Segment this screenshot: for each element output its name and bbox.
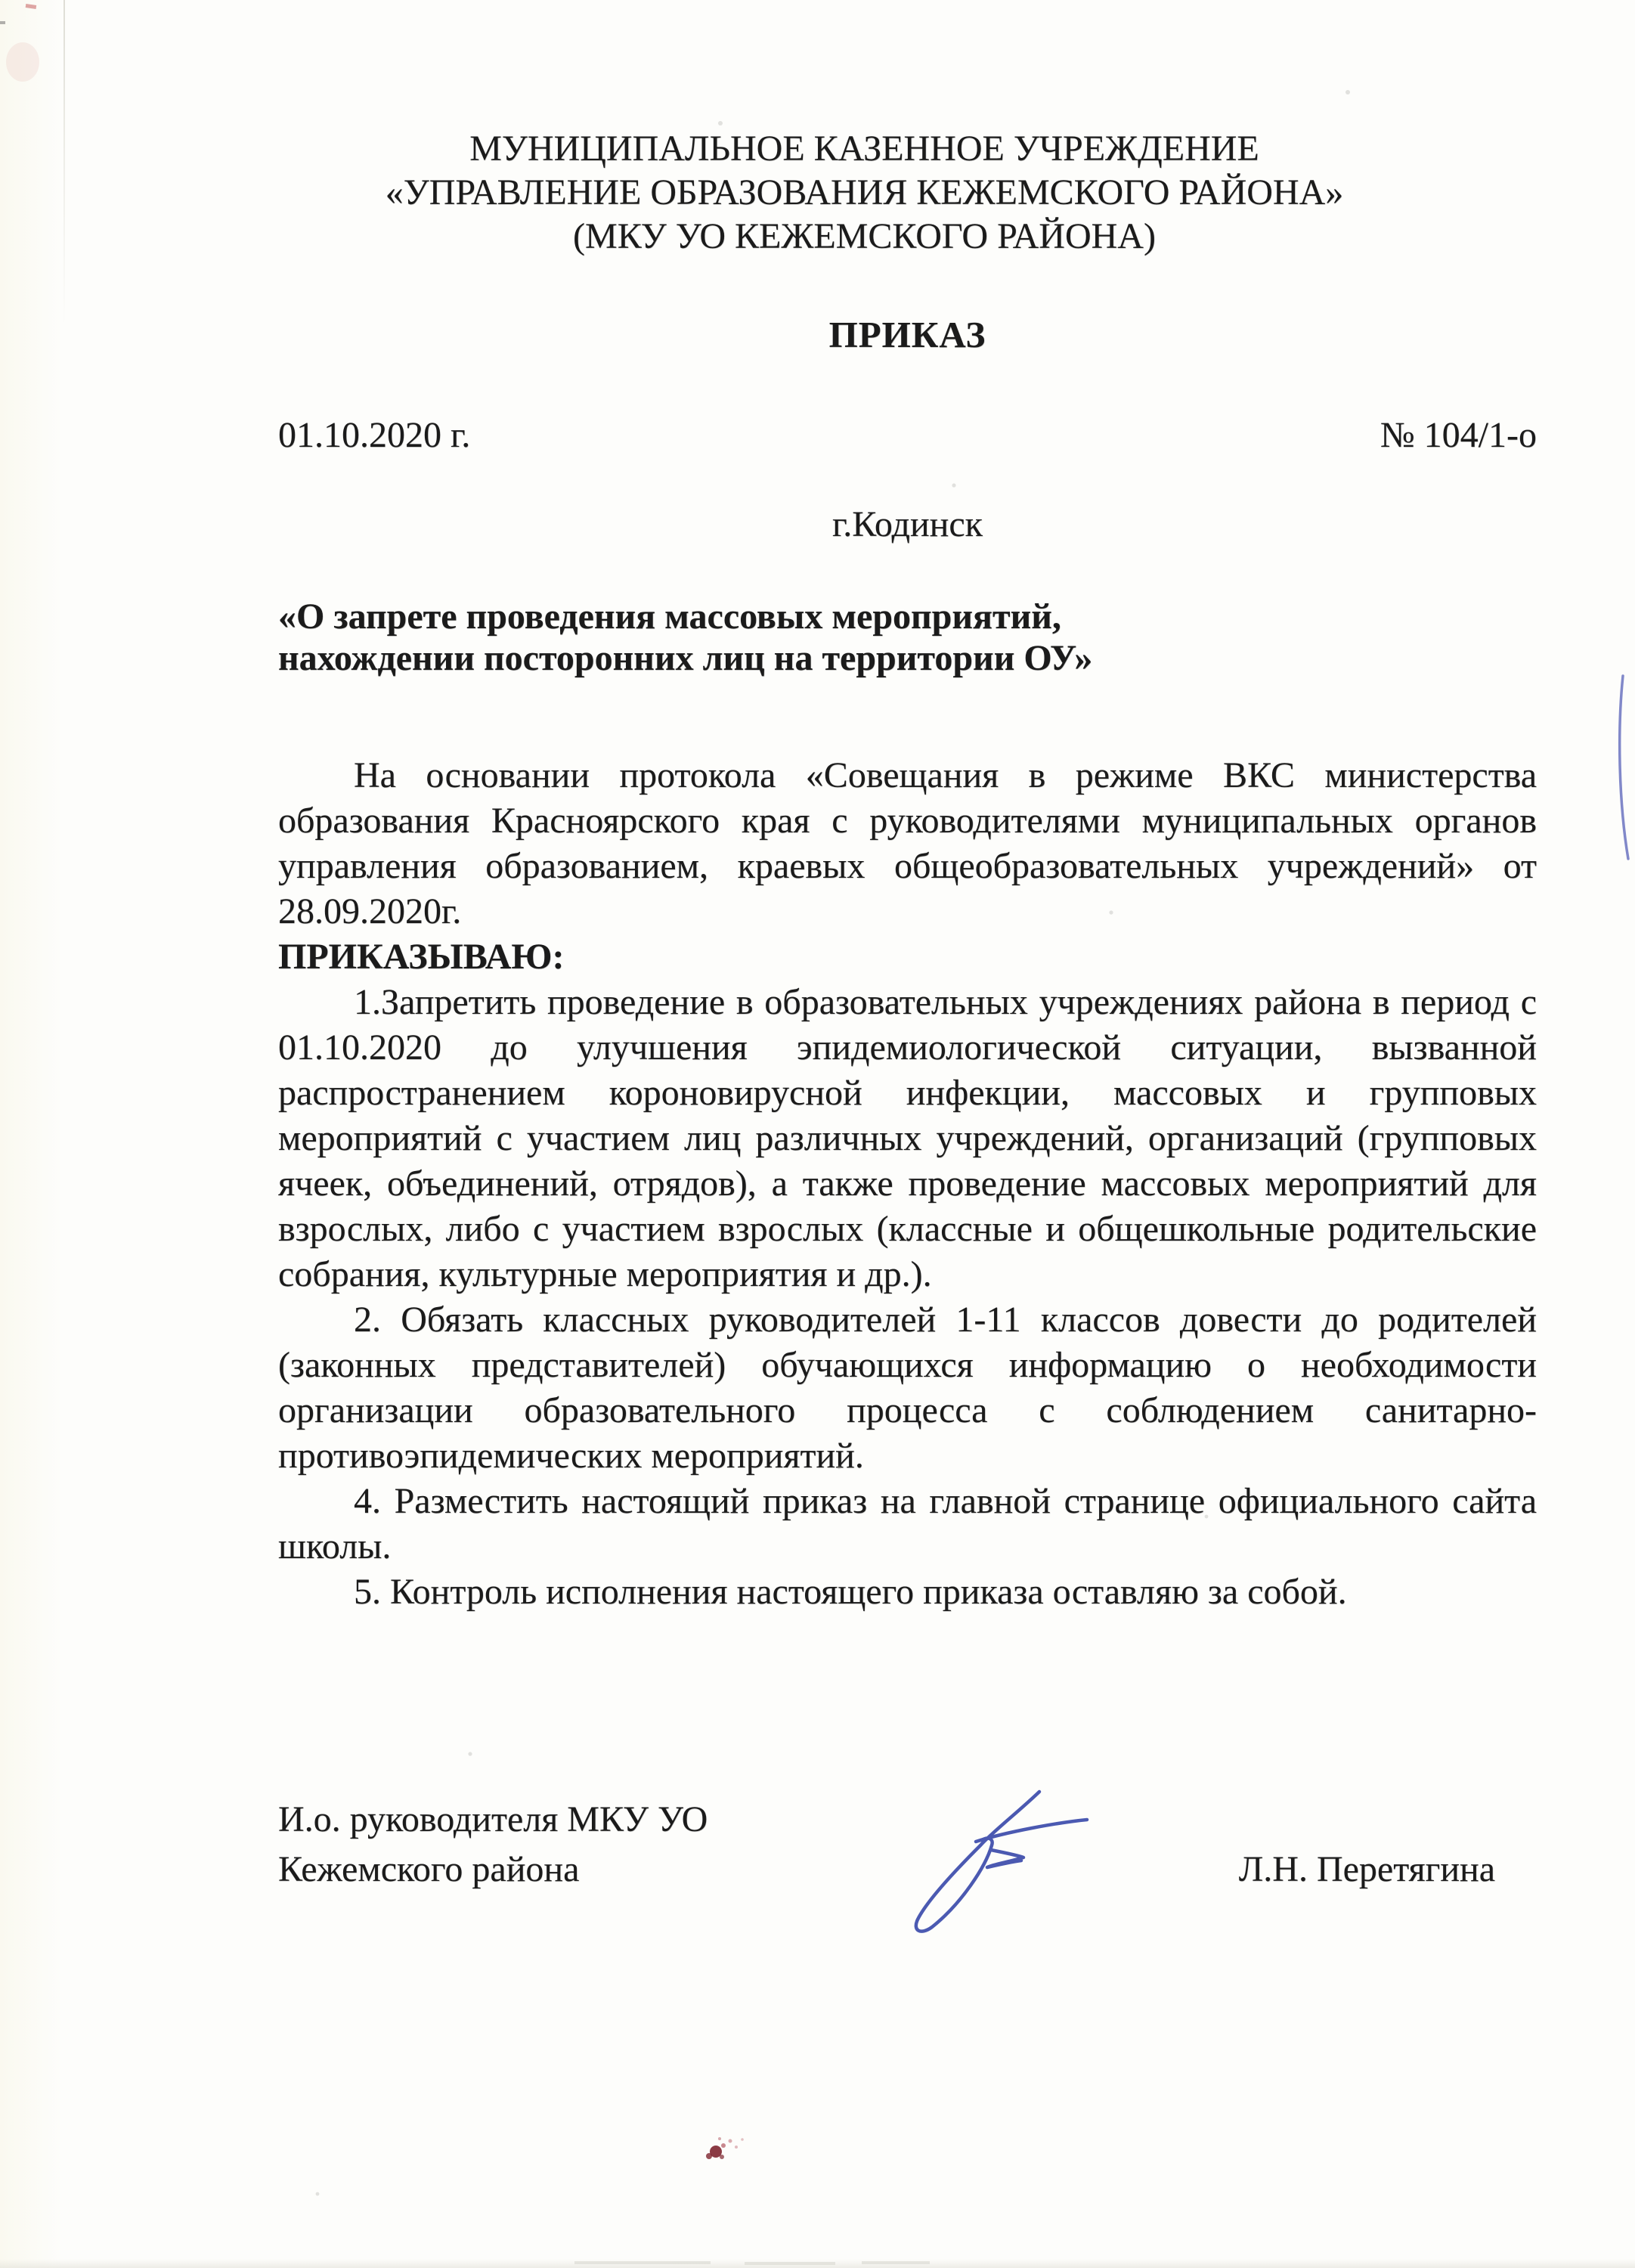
date-number-row: 01.10.2020 г. № 104/1-о	[278, 414, 1537, 456]
document-type-title: ПРИКАЗ	[278, 313, 1537, 356]
subject-line1: «О запрете проведения массовых мероприят…	[278, 596, 1537, 637]
order-word: ПРИКАЗЫВАЮ:	[278, 934, 1537, 980]
scanned-order-document-page: МУНИЦИПАЛЬНОЕ КАЗЕННОЕ УЧРЕЖДЕНИЕ «УПРАВ…	[0, 0, 1635, 2268]
document-date: 01.10.2020 г.	[278, 414, 470, 456]
order-item-5: 5. Контроль исполнения настоящего приказ…	[278, 1569, 1537, 1615]
document-subject: «О запрете проведения массовых мероприят…	[278, 596, 1537, 679]
city-line: г.Кодинск	[278, 503, 1537, 545]
scan-left-fold-line	[63, 0, 65, 325]
signer-position: И.о. руководителя МКУ УО Кежемского райо…	[278, 1795, 708, 1895]
signature-block: И.о. руководителя МКУ УО Кежемского райо…	[278, 1795, 1537, 1895]
scan-left-fold-band	[0, 0, 65, 2268]
document-number: № 104/1-о	[1380, 414, 1537, 456]
signer-name: Л.Н. Перетягина	[1239, 1845, 1495, 1895]
organization-header: МУНИЦИПАЛЬНОЕ КАЗЕННОЕ УЧРЕЖДЕНИЕ «УПРАВ…	[235, 127, 1494, 259]
order-item-1: 1.Запретить проведение в образовательных…	[278, 980, 1537, 1297]
subject-line2: нахождении посторонних лиц на территории…	[278, 637, 1537, 679]
document-body: На основании протокола «Совещания в режи…	[278, 753, 1537, 1615]
scan-bottom-band	[0, 2259, 1635, 2268]
pen-stroke-right-edge	[1620, 676, 1628, 859]
signer-position-line1: И.о. руководителя МКУ УО	[278, 1795, 708, 1845]
signer-position-line2: Кежемского района	[278, 1845, 708, 1895]
order-item-2: 2. Обязать классных руководителей 1-11 к…	[278, 1297, 1537, 1479]
organization-name-line1: МУНИЦИПАЛЬНОЕ КАЗЕННОЕ УЧРЕЖДЕНИЕ	[235, 127, 1494, 171]
organization-name-line2: «УПРАВЛЕНИЕ ОБРАЗОВАНИЯ КЕЖЕМСКОГО РАЙОН…	[235, 171, 1494, 215]
preamble-paragraph: На основании протокола «Совещания в режи…	[278, 753, 1537, 934]
ink-blot	[706, 2137, 744, 2159]
order-item-4: 4. Разместить настоящий приказ на главно…	[278, 1479, 1537, 1569]
organization-name-line3: (МКУ УО КЕЖЕМСКОГО РАЙОНА)	[235, 215, 1494, 259]
